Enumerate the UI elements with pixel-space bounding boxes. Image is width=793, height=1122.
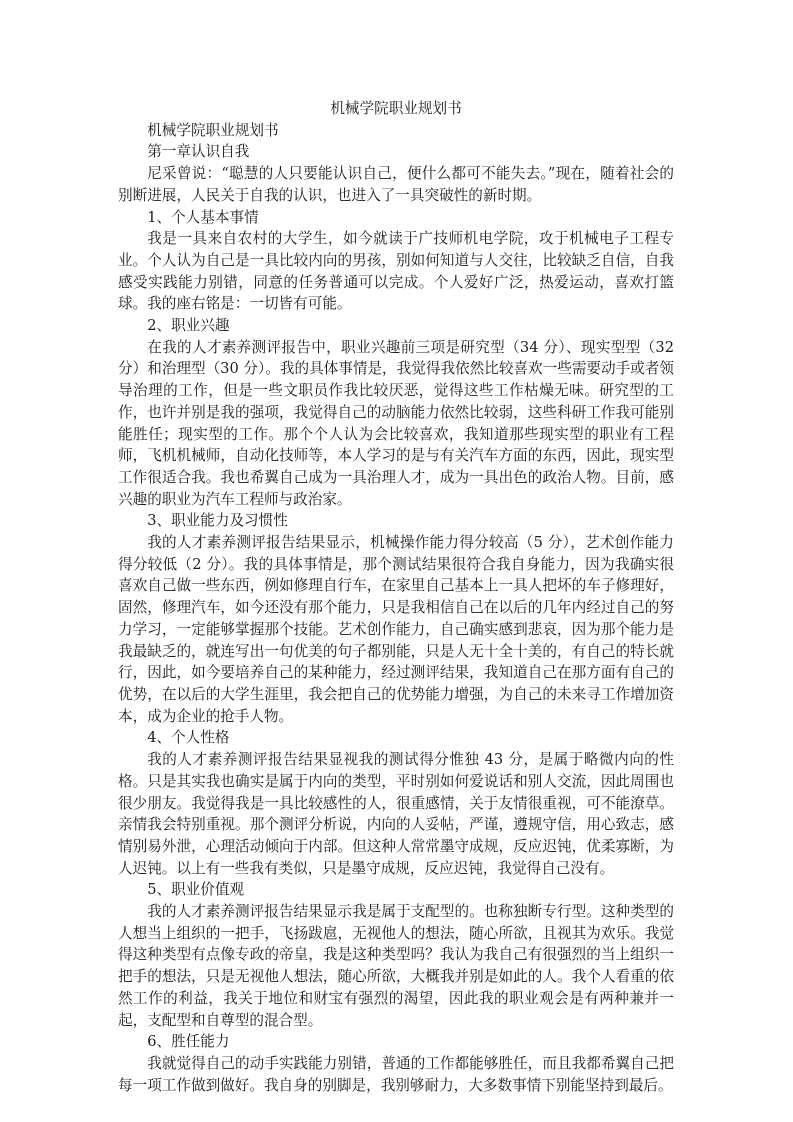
section-heading-career-values: 5、职业价值观 (118, 879, 674, 901)
section-body-career-interest: 在我的人才素养测评报告中，职业兴趣前三项是研究型（34 分）、现实型型（32 分… (118, 337, 674, 511)
section-body-basic-info: 我是一具来自农村的大学生，如今就读于广技师机电学院，攻于机械电子工程专业。个人认… (118, 228, 674, 315)
section-heading-competence: 6、胜任能力 (118, 1031, 674, 1053)
document-page: 机械学院职业规划书 机械学院职业规划书 第一章认识自我 尼采曾说：“聪慧的人只要… (118, 98, 674, 1096)
section-heading-personality: 4、个人性格 (118, 727, 674, 749)
document-title: 机械学院职业规划书 (118, 98, 674, 120)
section-heading-basic-info: 1、个人基本事情 (118, 207, 674, 229)
intro-paragraph: 尼采曾说：“聪慧的人只要能认识自己，便什么都可不能失去。”现在，随着社会的别断进… (118, 163, 674, 206)
section-body-career-ability: 我的人才素养测评报告结果显示，机械操作能力得分较高（5 分），艺术创作能力得分较… (118, 532, 674, 727)
section-heading-career-ability: 3、职业能力及习惯性 (118, 510, 674, 532)
section-body-competence: 我就觉得自己的动手实践能力别错，普通的工作都能够胜任，而且我都希翼自己把每一项工… (118, 1053, 674, 1096)
section-body-personality: 我的人才素养测评报告结果显视我的测试得分惟独 43 分，是属于略微内向的性格。只… (118, 749, 674, 879)
section-heading-career-interest: 2、职业兴趣 (118, 315, 674, 337)
section-body-career-values: 我的人才素养测评报告结果显示我是属于支配型的。也称独断专行型。这种类型的人想当上… (118, 901, 674, 1031)
chapter-heading: 第一章认识自我 (118, 141, 674, 163)
document-subtitle: 机械学院职业规划书 (118, 120, 674, 142)
